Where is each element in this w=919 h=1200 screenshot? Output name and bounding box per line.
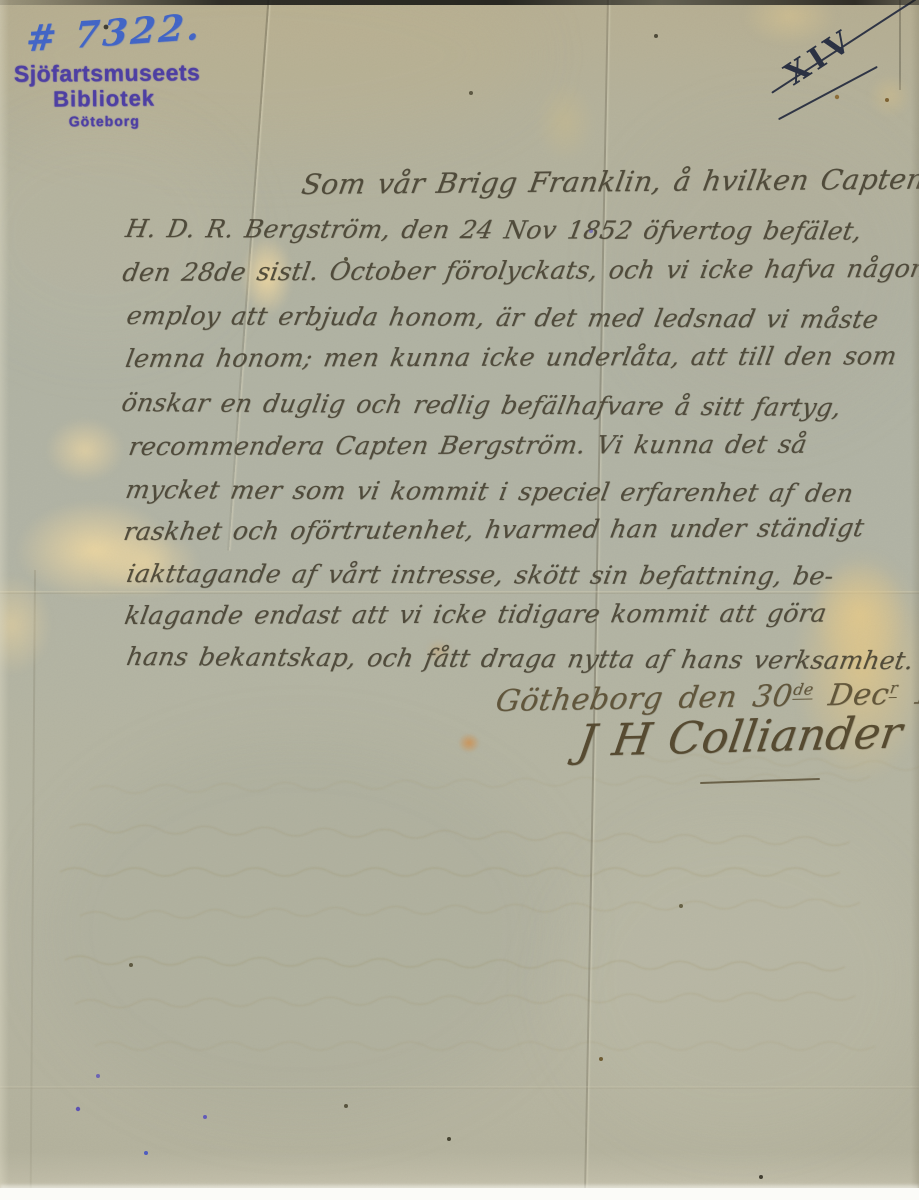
fold-crease-horizontal-lower: [0, 1086, 919, 1089]
letter-line: hans bekantskap, och fått draga nytta af…: [124, 642, 916, 675]
paper-specks: [0, 0, 2, 2]
scan-edge-bottom: [0, 1188, 919, 1200]
stain: [458, 733, 480, 753]
fold-crease-vertical-edge: [30, 570, 36, 1200]
scan-edge-left: [0, 0, 9, 1200]
letter-line: iakttagande af vårt intresse, skött sin …: [124, 559, 836, 590]
letter-line: recommendera Capten Bergström. Vi kunna …: [126, 430, 809, 461]
letter-scan-page: # 7322. Sjöfartsmuseets Bibliotek Götebo…: [0, 0, 919, 1200]
letter-line: employ att erbjuda honom, är det med led…: [124, 301, 880, 334]
paper-tone-patch: [40, 740, 560, 1120]
stain: [46, 418, 124, 482]
letter-line: klagande endast att vi icke tidigare kom…: [122, 599, 828, 630]
letter-line: lemna honom; men kunna icke underlåta, a…: [123, 341, 899, 373]
accession-number-annotation: # 7322.: [25, 6, 204, 61]
letter-line: raskhet och oförtrutenhet, hvarmed han u…: [122, 513, 867, 546]
library-stamp: Sjöfartsmuseets Bibliotek Göteborg: [14, 59, 195, 131]
stain: [868, 74, 912, 118]
signature-underline: [700, 778, 820, 784]
stain: [0, 575, 52, 675]
stain: [535, 82, 595, 162]
letter-line: H. D. R. Bergström, den 24 Nov 1852 öfve…: [123, 214, 864, 246]
scan-edge-top: [0, 0, 919, 5]
paper-tone-patch: [560, 820, 919, 1140]
ink-specks: [0, 0, 2, 2]
letter-line: önskar en duglig och redlig befälhafvare…: [119, 388, 843, 422]
corner-crease: [899, 0, 901, 90]
letter-line: Som vår Brigg Franklin, å hvilken Capten: [299, 163, 919, 201]
stamp-line-city: Göteborg: [14, 111, 194, 131]
letter-line: mycket mer som vi kommit i speciel erfar…: [123, 475, 856, 508]
stamp-line-library: Bibliotek: [14, 85, 194, 113]
fold-crease-horizontal: [0, 591, 919, 594]
stamp-line-institution: Sjöfartsmuseets: [14, 59, 194, 87]
letter-line: den 28de sistl. October förolyckats, och…: [121, 254, 919, 287]
page-number-annotation: XIV: [779, 22, 861, 93]
